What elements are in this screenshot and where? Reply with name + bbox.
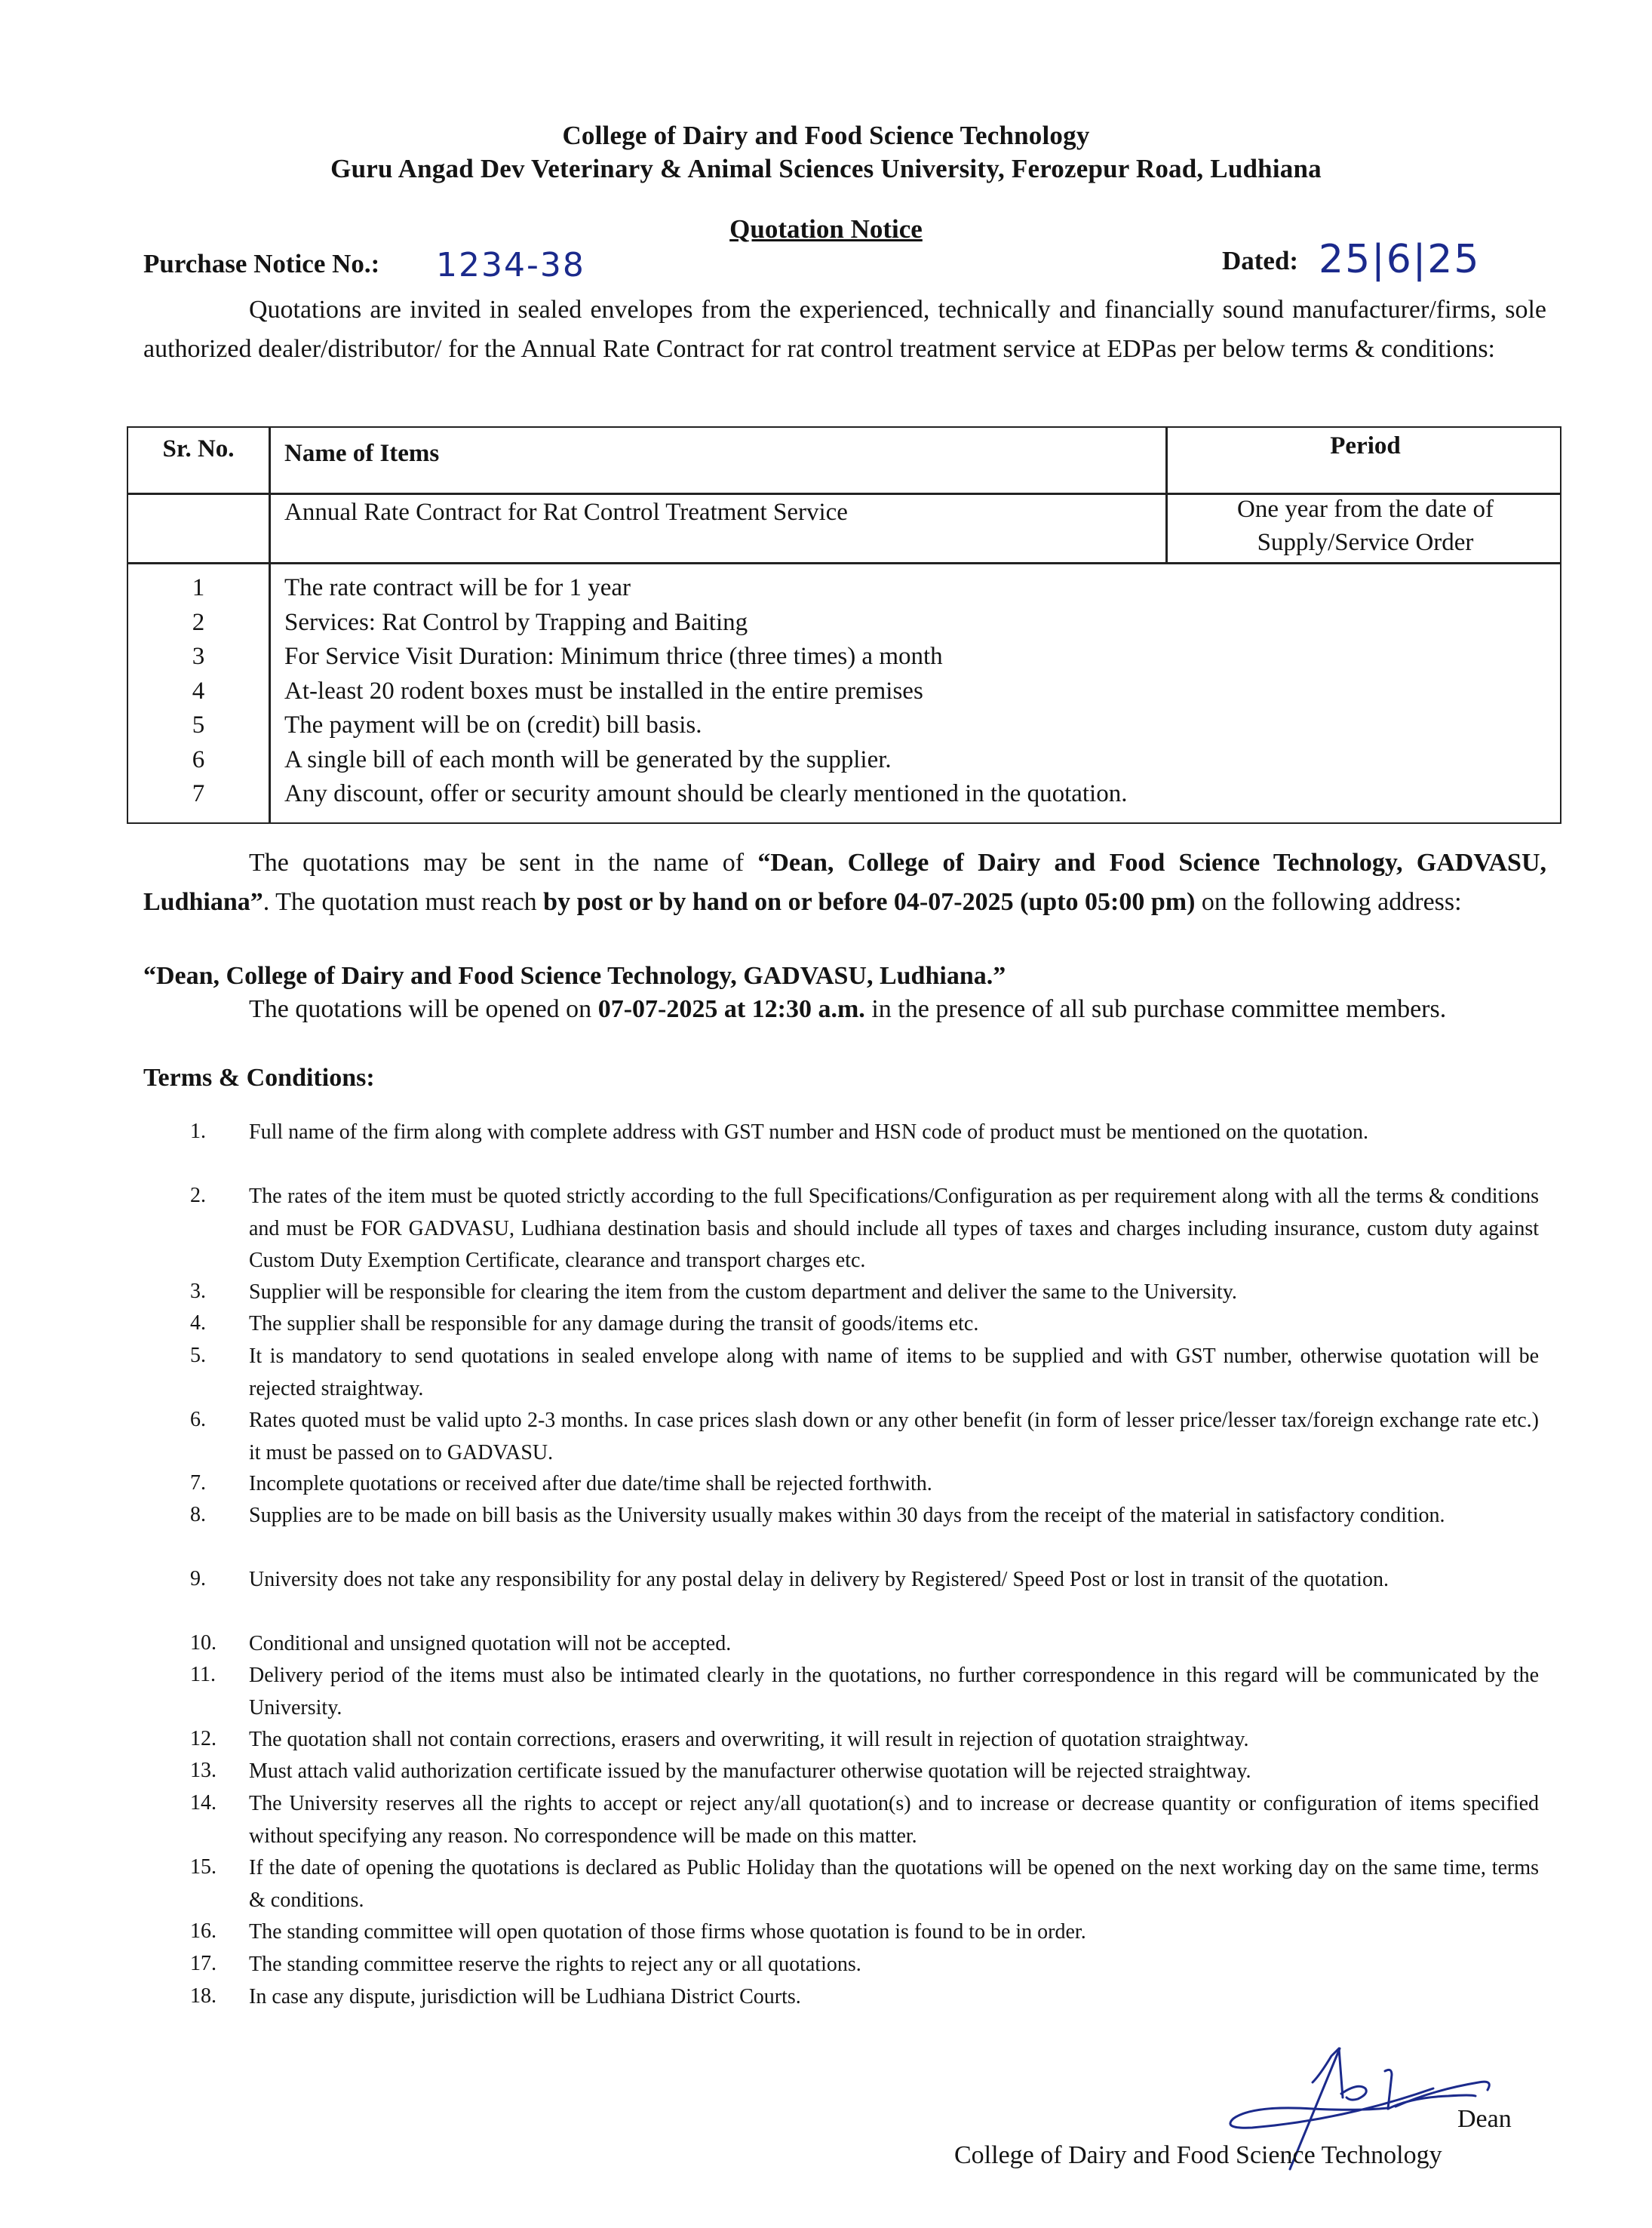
term-number: 4. bbox=[190, 1311, 243, 1335]
opening-text: in the presence of all sub purchase comm… bbox=[865, 995, 1446, 1023]
opening-paragraph: The quotations will be opened on 07-07-2… bbox=[143, 990, 1546, 1029]
term-text: The standing committee will open quotati… bbox=[249, 1916, 1539, 1949]
signatory-office: College of Dairy and Food Science Techno… bbox=[954, 2141, 1442, 2170]
term-text: University does not take any responsibil… bbox=[249, 1564, 1539, 1596]
term-number: 14. bbox=[190, 1791, 243, 1815]
intro-paragraph: Quotations are invited in sealed envelop… bbox=[143, 290, 1546, 369]
submission-text: The quotations may be sent in the name o… bbox=[249, 849, 757, 877]
table-divider bbox=[128, 562, 1560, 564]
term-text: Incomplete quotations or received after … bbox=[249, 1468, 1539, 1501]
term-number: 5. bbox=[190, 1344, 243, 1368]
term-number: 8. bbox=[190, 1503, 243, 1527]
condition-number: 1 bbox=[128, 574, 269, 602]
dated-value: 25|6|25 bbox=[1319, 237, 1480, 282]
item-period-line1: One year from the date of bbox=[1169, 493, 1561, 526]
item-name: Annual Rate Contract for Rat Control Tre… bbox=[284, 499, 848, 527]
term-number: 15. bbox=[190, 1855, 243, 1879]
term-number: 13. bbox=[190, 1759, 243, 1783]
condition-number: 3 bbox=[128, 643, 269, 671]
condition-text: Services: Rat Control by Trapping and Ba… bbox=[284, 609, 748, 637]
submission-paragraph: The quotations may be sent in the name o… bbox=[143, 844, 1546, 922]
opening-date-time: 07-07-2025 at 12:30 a.m. bbox=[598, 995, 865, 1023]
term-text: Delivery period of the items must also b… bbox=[249, 1660, 1539, 1724]
submission-text: . The quotation must reach bbox=[263, 888, 543, 916]
condition-text: For Service Visit Duration: Minimum thri… bbox=[284, 643, 943, 671]
condition-number: 6 bbox=[128, 746, 269, 774]
term-text: Rates quoted must be valid upto 2-3 mont… bbox=[249, 1405, 1539, 1469]
condition-text: A single bill of each month will be gene… bbox=[284, 746, 892, 774]
term-text: Supplies are to be made on bill basis as… bbox=[249, 1500, 1539, 1532]
items-table: Sr. No. Name of Items Period Annual Rate… bbox=[127, 426, 1561, 824]
term-number: 18. bbox=[190, 1984, 243, 2008]
term-text: If the date of opening the quotations is… bbox=[249, 1852, 1539, 1916]
term-number: 10. bbox=[190, 1631, 243, 1655]
term-text: Must attach valid authorization certific… bbox=[249, 1756, 1539, 1788]
term-text: The standing committee reserve the right… bbox=[249, 1949, 1539, 1981]
item-period-line2: Supply/Service Order bbox=[1169, 526, 1561, 559]
table-divider bbox=[269, 428, 271, 822]
condition-number: 7 bbox=[128, 780, 269, 808]
term-number: 17. bbox=[190, 1952, 243, 1976]
term-text: The quotation shall not contain correcti… bbox=[249, 1724, 1539, 1756]
term-text: Full name of the firm along with complet… bbox=[249, 1117, 1539, 1149]
term-text: It is mandatory to send quotations in se… bbox=[249, 1341, 1539, 1405]
term-number: 11. bbox=[190, 1663, 243, 1687]
term-number: 16. bbox=[190, 1919, 243, 1944]
condition-text: The rate contract will be for 1 year bbox=[284, 574, 631, 602]
purchase-notice-label: Purchase Notice No.: bbox=[143, 249, 379, 279]
condition-number: 4 bbox=[128, 678, 269, 705]
term-text: In case any dispute, jurisdiction will b… bbox=[249, 1981, 1539, 2014]
column-header-period: Period bbox=[1169, 432, 1561, 460]
term-number: 7. bbox=[190, 1471, 243, 1495]
term-text: Supplier will be responsible for clearin… bbox=[249, 1277, 1539, 1309]
opening-text: The quotations will be opened on bbox=[249, 995, 598, 1023]
term-number: 3. bbox=[190, 1280, 243, 1304]
term-number: 1. bbox=[190, 1120, 243, 1144]
purchase-notice-number: 1234-38 bbox=[436, 246, 585, 284]
signatory-designation: Dean bbox=[1457, 2105, 1512, 2134]
term-text: Conditional and unsigned quotation will … bbox=[249, 1628, 1539, 1661]
college-name-heading: College of Dairy and Food Science Techno… bbox=[0, 121, 1652, 151]
term-number: 12. bbox=[190, 1727, 243, 1751]
term-text: The supplier shall be responsible for an… bbox=[249, 1308, 1539, 1341]
terms-heading: Terms & Conditions: bbox=[143, 1059, 1546, 1098]
submission-text: on the following address: bbox=[1195, 888, 1461, 916]
column-header-name-of-items: Name of Items bbox=[284, 440, 439, 468]
term-text: The rates of the item must be quoted str… bbox=[249, 1181, 1539, 1277]
intro-text: Quotations are invited in sealed envelop… bbox=[143, 296, 1546, 363]
condition-number: 2 bbox=[128, 609, 269, 637]
condition-text: The payment will be on (credit) bill bas… bbox=[284, 711, 702, 739]
item-period: One year from the date of Supply/Service… bbox=[1169, 493, 1561, 559]
condition-text: At-least 20 rodent boxes must be install… bbox=[284, 678, 923, 705]
column-header-sr-no: Sr. No. bbox=[128, 435, 269, 463]
table-divider bbox=[1165, 428, 1168, 564]
condition-text: Any discount, offer or security amount s… bbox=[284, 780, 1127, 808]
condition-number: 5 bbox=[128, 711, 269, 739]
term-number: 2. bbox=[190, 1184, 243, 1208]
term-number: 9. bbox=[190, 1567, 243, 1591]
term-text: The University reserves all the rights t… bbox=[249, 1788, 1539, 1852]
dated-label: Dated: bbox=[1222, 246, 1298, 276]
submission-deadline: by post or by hand on or before 04-07-20… bbox=[543, 888, 1195, 916]
university-name-heading: Guru Angad Dev Veterinary & Animal Scien… bbox=[0, 154, 1652, 184]
term-number: 6. bbox=[190, 1408, 243, 1432]
